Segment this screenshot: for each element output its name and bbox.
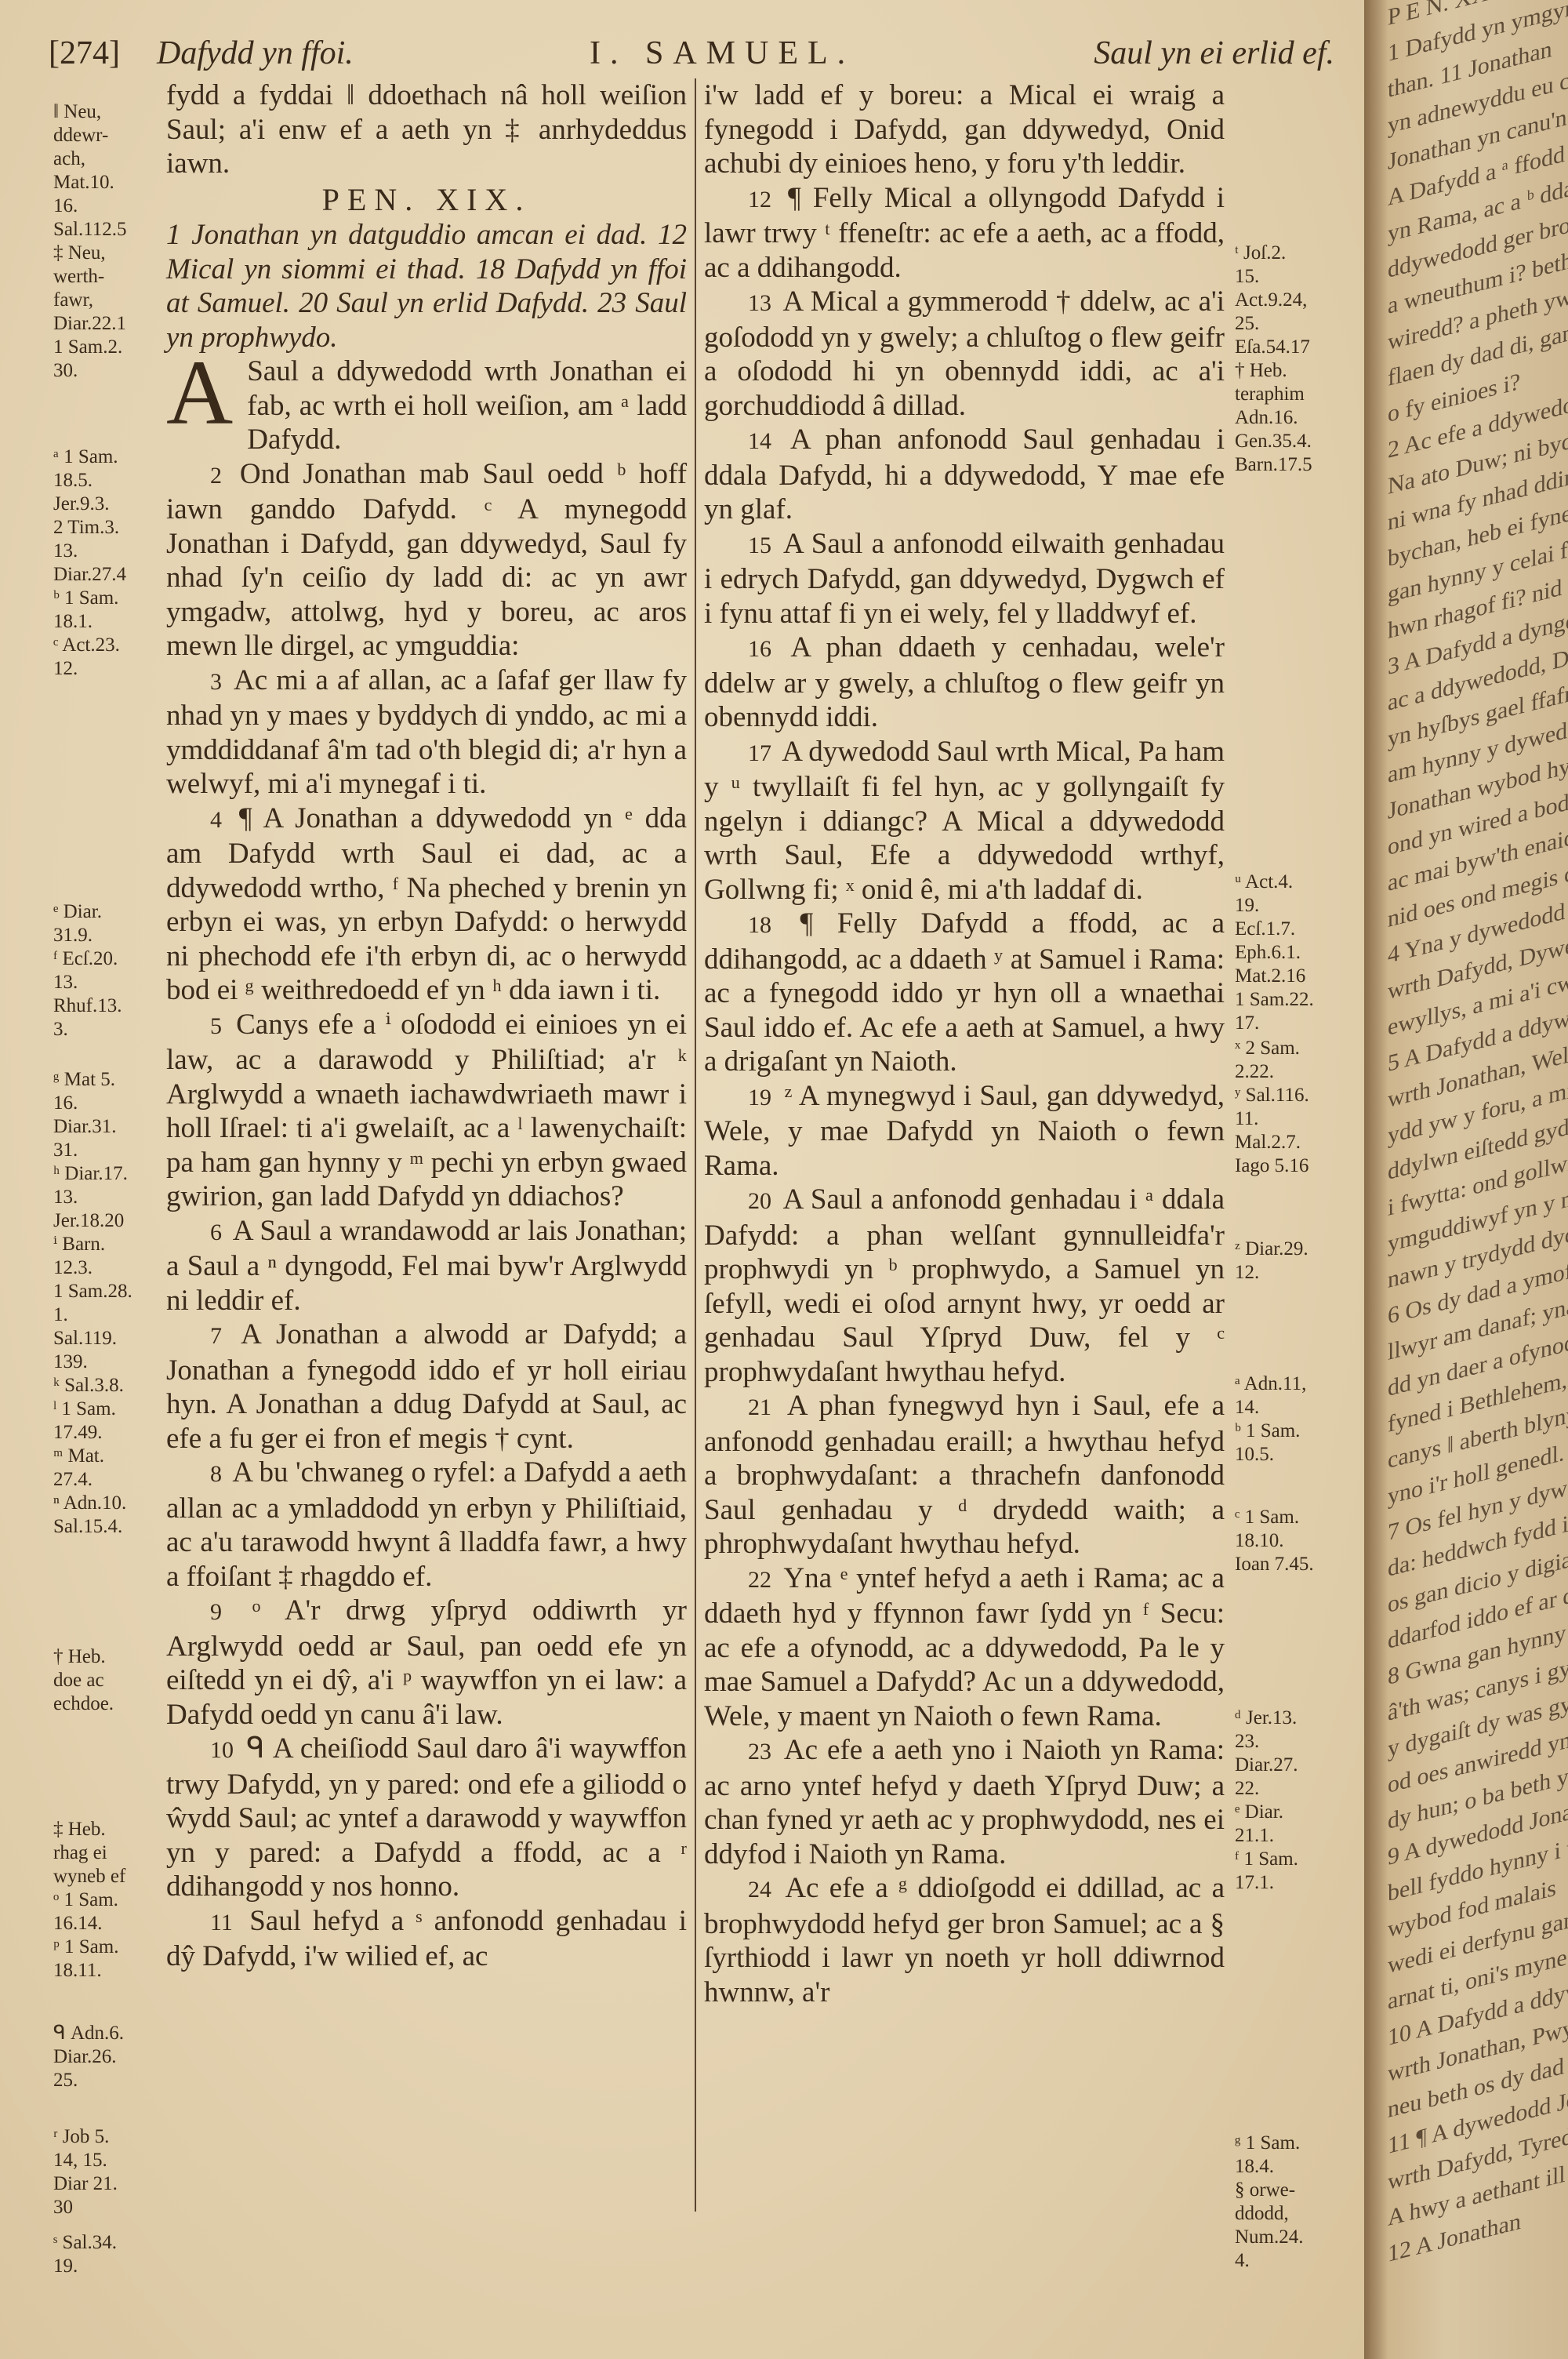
reference-line: ⁿ Adn.10. xyxy=(53,1492,132,1515)
reference-line: 12. xyxy=(53,657,126,681)
marginal-reference: ᶻ Diar.29.12. xyxy=(1235,1238,1308,1285)
reference-line: doe ac xyxy=(53,1669,114,1692)
reference-line: Sal.112.5 xyxy=(53,218,127,242)
reference-line: Jer.18.20 xyxy=(53,1209,132,1233)
reference-line: 1. xyxy=(53,1303,132,1327)
reference-line: 16. xyxy=(53,1092,132,1115)
reference-line: ᶜ 1 Sam. xyxy=(1235,1506,1314,1529)
reference-line: ʳ Job 5. xyxy=(53,2125,118,2149)
reference-line: ᵘ Act.4. xyxy=(1235,871,1314,894)
reference-line: Act.9.24, xyxy=(1235,289,1312,312)
reference-line: Diar.27.4 xyxy=(53,563,126,587)
reference-line: 14. xyxy=(1235,1396,1306,1419)
verse-number: 12 xyxy=(748,187,771,213)
reference-line: ‡ Neu, xyxy=(53,242,126,265)
right-column: i'w ladd ef y boreu: a Mical ei wraig a … xyxy=(704,78,1225,2009)
verse-text: A Jonathan a alwodd ar Dafydd; a Jonatha… xyxy=(166,1318,687,1455)
reference-line: 2.22. xyxy=(1235,1060,1309,1084)
verse-text: ¶ Felly Mical a ollyngodd Dafydd i lawr … xyxy=(704,182,1225,284)
reference-line: Mal.2.7. xyxy=(1235,1131,1309,1154)
reference-line: 18.10. xyxy=(1235,1529,1314,1553)
reference-line: 13. xyxy=(53,971,122,994)
reference-line: ᵃ 1 Sam. xyxy=(53,445,126,469)
verse-15: 15 A Saul a anfonodd eilwaith genhadau i… xyxy=(704,527,1225,631)
reference-line: 16. xyxy=(53,194,127,218)
marginal-reference: ᵍ Mat 5.16.Diar.31.31.ʰ Diar.17.13.Jer.1… xyxy=(53,1068,132,1539)
continuation-text: fydd a fyddai ‖ ddoethach nâ holl weiſio… xyxy=(166,78,687,181)
reference-line: fawr, xyxy=(53,289,126,312)
marginal-reference: ‖ Neu,ddewr-ach,Mat.10.16.Sal.112.5 xyxy=(53,100,127,242)
verse-13: 13 A Mical a gymmerodd † ddelw, ac a'i g… xyxy=(704,285,1225,423)
reference-line: 25. xyxy=(1235,312,1312,336)
left-column: fydd a fyddai ‖ ddoethach nâ holl weiſio… xyxy=(166,78,687,1974)
verse-text: A bu 'chwaneg o ryfel: a Dafydd a aeth a… xyxy=(166,1456,687,1593)
reference-line: 11. xyxy=(1235,1107,1309,1131)
verse-number: 13 xyxy=(748,290,771,316)
reference-line: 30. xyxy=(53,359,126,383)
marginal-reference: ‡ Heb.rhag eiwyneb efᵒ 1 Sam.16.14.ᵖ 1 S… xyxy=(53,1818,125,1983)
reference-line: 2 Tim.3. xyxy=(53,516,126,540)
verse-text: A phan fynegwyd hyn i Saul, efe a anfono… xyxy=(704,1390,1225,1560)
marginal-reference: ˢ Sal.34.19. xyxy=(53,2231,117,2278)
verse-text: A Saul a anfonodd genhadau i ᵃ ddala Daf… xyxy=(704,1183,1225,1388)
verse-text: Ac efe a aeth yno i Naioth yn Rama: ac a… xyxy=(704,1734,1225,1870)
verse-6: 6 A Saul a wrandawodd ar lais Jonathan; … xyxy=(166,1214,687,1318)
book-gutter xyxy=(1364,0,1388,2359)
running-header: [274] Dafydd yn ffoi. I. SAMUEL. Saul yn… xyxy=(49,35,1334,78)
reference-line: ᵃ Adn.11, xyxy=(1235,1372,1306,1396)
verse-text: ᵒ A'r drwg yſpryd oddiwrth yr Arglwydd o… xyxy=(166,1594,687,1731)
verse-text: A phan ddaeth y cenhadau, wele'r ddelw a… xyxy=(704,631,1225,733)
marginal-reference: ˣ 2 Sam.2.22.ʸ Sal.116.11.Mal.2.7.Iago 5… xyxy=(1235,1037,1309,1178)
reference-line: Diar.27. xyxy=(1235,1754,1298,1777)
chapter-summary: 1 Jonathan yn datguddio amcan ei dad. 12… xyxy=(166,218,687,354)
reference-line: ddodd, xyxy=(1235,2202,1304,2226)
reference-line: 18.1. xyxy=(53,610,126,634)
reference-line: ᵒ 1 Sam. xyxy=(53,1888,125,1912)
verse-number: 18 xyxy=(748,912,771,938)
reference-line: 1 Sam.28. xyxy=(53,1280,132,1303)
marginal-reference: ᶜ 1 Sam.18.10.Ioan 7.45. xyxy=(1235,1506,1314,1576)
reference-line: Sal.119. xyxy=(53,1327,132,1350)
verse-3: 3 Ac mi a af allan, ac a ſafaf ger llaw … xyxy=(166,663,687,801)
verse-number: 15 xyxy=(748,533,771,558)
marginal-reference: ᵉ Diar.31.9.ᶠ Ecſ.20.13.Rhuf.13.3. xyxy=(53,900,122,1041)
reference-line: 3. xyxy=(53,1018,122,1041)
reference-line: Jer.9.3. xyxy=(53,493,126,516)
reference-line: 12. xyxy=(1235,1261,1308,1285)
verse-text: A phan anfonodd Saul genhadau i ddala Da… xyxy=(704,423,1225,525)
reference-line: Mat.2.16 xyxy=(1235,965,1314,988)
column-divider xyxy=(695,78,696,2212)
reference-line: Mat.10. xyxy=(53,171,127,194)
verse-number: 20 xyxy=(748,1188,771,1214)
reference-line: ᶠ Ecſ.20. xyxy=(53,947,122,971)
drop-cap: A xyxy=(166,359,233,427)
verse-4: 4 ¶ A Jonathan a ddywedodd yn ᵉ dda am D… xyxy=(166,801,687,1008)
verse-text: ¶ A Jonathan a ddywedodd yn ᵉ dda am Daf… xyxy=(166,802,687,1007)
verse-text: Saul a ddywedodd wrth Jonathan ei fab, a… xyxy=(166,354,687,457)
chapter-heading: PEN. XIX. xyxy=(166,183,687,217)
verse-text: Saul hefyd a ˢ anfonodd genhadau i dŷ Da… xyxy=(166,1905,687,1973)
reference-line: ‖ Neu, xyxy=(53,100,127,124)
verse-19: 19 ᶻ A mynegwyd i Saul, gan ddywedyd, We… xyxy=(704,1079,1225,1183)
verse-5: 5 Canys efe a ⁱ oſododd ei einioes yn ei… xyxy=(166,1008,687,1214)
reference-line: ddewr- xyxy=(53,124,127,147)
verse-number: 7 xyxy=(210,1323,222,1349)
marginal-reference: ᑫ Adn.6.Diar.26.25. xyxy=(53,2022,124,2092)
reference-line: 21.1. xyxy=(1235,1824,1298,1848)
verse-text: Ond Jonathan mab Saul oedd ᵇ hoff iawn g… xyxy=(166,458,687,663)
reference-line: ᵉ Diar. xyxy=(53,900,122,924)
reference-line: 15. xyxy=(1235,265,1312,289)
verse-7: 7 A Jonathan a alwodd ar Dafydd; a Jonat… xyxy=(166,1318,687,1456)
reference-line: 17. xyxy=(1235,1012,1314,1035)
reference-line: 19. xyxy=(53,2255,117,2278)
reference-line: ᶜ Act.23. xyxy=(53,634,126,657)
reference-line: Sal.15.4. xyxy=(53,1515,132,1539)
verse-number: 17 xyxy=(748,740,771,766)
reference-line: ᵖ 1 Sam. xyxy=(53,1936,125,1959)
reference-line: ᵍ 1 Sam. xyxy=(1235,2132,1304,2155)
marginal-reference: ᵗ Joſ.2.15.Act.9.24,25.Eſa.54.17† Heb.te… xyxy=(1235,242,1312,477)
reference-line: ˡ 1 Sam. xyxy=(53,1398,132,1421)
reference-line: ach, xyxy=(53,147,127,171)
verse-11: 11 Saul hefyd a ˢ anfonodd genhadau i dŷ… xyxy=(166,1904,687,1974)
reference-line: 4. xyxy=(1235,2249,1304,2273)
marginal-reference: † Heb.doe acechdoe. xyxy=(53,1645,114,1716)
reference-line: Rhuf.13. xyxy=(53,994,122,1018)
verse-22: 22 Yna ᵉ yntef hefyd a aeth i Rama; ac a… xyxy=(704,1561,1225,1734)
reference-line: Num.24. xyxy=(1235,2226,1304,2249)
verse-text: ᑫ A cheiſiodd Saul daro â'i waywffon trw… xyxy=(166,1732,687,1903)
verse-text: Ac mi a af allan, ac a ſafaf ger llaw fy… xyxy=(166,664,687,801)
marginal-reference: ʳ Job 5.14, 15.Diar 21.30 xyxy=(53,2125,118,2219)
reference-line: ᵇ 1 Sam. xyxy=(1235,1419,1306,1443)
reference-line: 31.9. xyxy=(53,924,122,947)
verse-23: 23 Ac efe a aeth yno i Naioth yn Rama: a… xyxy=(704,1733,1225,1871)
reference-line: Diar.22.1 xyxy=(53,312,126,336)
verse-text: ᶻ A mynegwyd i Saul, gan ddywedyd, Wele,… xyxy=(704,1080,1225,1182)
verse-number: 2 xyxy=(210,463,222,489)
reference-line: 16.14. xyxy=(53,1912,125,1936)
reference-line: † Heb. xyxy=(1235,359,1312,383)
reference-line: 18.5. xyxy=(53,469,126,493)
reference-line: 1 Sam.22. xyxy=(1235,988,1314,1012)
verse-24: 24 Ac efe a ᵍ ddioſgodd ei ddillad, ac a… xyxy=(704,1871,1225,2009)
reference-line: 19. xyxy=(1235,894,1314,918)
reference-line: 13. xyxy=(53,1186,132,1209)
reference-line: ᑫ Adn.6. xyxy=(53,2022,124,2045)
reference-line: Iago 5.16 xyxy=(1235,1154,1309,1178)
reference-line: Diar.31. xyxy=(53,1115,132,1139)
reference-line: wyneb ef xyxy=(53,1865,125,1888)
reference-line: 14, 15. xyxy=(53,2149,118,2172)
verse-21: 21 A phan fynegwyd hyn i Saul, efe a anf… xyxy=(704,1389,1225,1561)
verse-1: A Saul a ddywedodd wrth Jonathan ei fab,… xyxy=(166,354,687,457)
reference-line: ᵇ 1 Sam. xyxy=(53,587,126,610)
verse-18: 18 ¶ Felly Dafydd a ffodd, ac a ddihango… xyxy=(704,907,1225,1079)
verse-9: 9 ᵒ A'r drwg yſpryd oddiwrth yr Arglwydd… xyxy=(166,1594,687,1732)
facing-page: P E N. XX.1 Dafydd yn ymgynghori â Jona-… xyxy=(1364,0,1568,2359)
verse-16: 16 A phan ddaeth y cenhadau, wele'r ddel… xyxy=(704,631,1225,735)
reference-line: ᵗ Joſ.2. xyxy=(1235,242,1312,265)
reference-line: 27.4. xyxy=(53,1468,132,1492)
reference-line: ᵉ Diar. xyxy=(1235,1801,1298,1824)
reference-line: Eph.6.1. xyxy=(1235,941,1314,965)
verse-20: 20 A Saul a anfonodd genhadau i ᵃ ddala … xyxy=(704,1183,1225,1389)
verse-number: 4 xyxy=(210,807,222,833)
reference-line: Barn.17.5 xyxy=(1235,453,1312,477)
book-title: I. SAMUEL. xyxy=(590,35,855,72)
verse-text: ¶ Felly Dafydd a ffodd, ac a ddihangodd,… xyxy=(704,907,1225,1078)
reference-line: teraphim xyxy=(1235,383,1312,406)
marginal-reference: ᵈ Jer.13.23.Diar.27.22.ᵉ Diar.21.1.ᶠ 1 S… xyxy=(1235,1707,1298,1895)
reference-line: Eſa.54.17 xyxy=(1235,336,1312,359)
reference-line: Ecſ.1.7. xyxy=(1235,918,1314,941)
facing-page-text: P E N. XX.1 Dafydd yn ymgynghori â Jona-… xyxy=(1388,0,1568,2273)
reference-line: ʰ Diar.17. xyxy=(53,1162,132,1186)
reference-line: echdoe. xyxy=(53,1692,114,1716)
reference-line: ᶠ 1 Sam. xyxy=(1235,1848,1298,1871)
left-running-title: Dafydd yn ffoi. xyxy=(157,35,354,72)
reference-line: ˣ 2 Sam. xyxy=(1235,1037,1309,1060)
reference-line: Diar 21. xyxy=(53,2172,118,2196)
verse-number: 11 xyxy=(210,1910,233,1936)
reference-line: § orwe- xyxy=(1235,2179,1304,2202)
verse-number: 22 xyxy=(748,1567,771,1593)
reference-line: ˢ Sal.34. xyxy=(53,2231,117,2255)
reference-line: werth- xyxy=(53,265,126,289)
verse-text: A Saul a anfonodd eilwaith genhadau i ed… xyxy=(704,528,1225,630)
reference-line: 18.11. xyxy=(53,1959,125,1983)
reference-line: ʸ Sal.116. xyxy=(1235,1084,1309,1107)
verse-number: 21 xyxy=(748,1394,771,1420)
verse-17: 17 A dywedodd Saul wrth Mical, Pa ham y … xyxy=(704,735,1225,907)
reference-line: 1 Sam.2. xyxy=(53,336,126,359)
reference-line: 23. xyxy=(1235,1730,1298,1754)
verse-number: 6 xyxy=(210,1219,222,1245)
reference-line: 31. xyxy=(53,1139,132,1162)
verse-text: A Mical a gymmerodd † ddelw, ac a'i goſo… xyxy=(704,285,1225,422)
verse-number: 3 xyxy=(210,669,222,695)
marginal-reference: ᵃ Adn.11,14.ᵇ 1 Sam.10.5. xyxy=(1235,1372,1306,1467)
page-number: [274] xyxy=(49,35,120,72)
reference-line: 139. xyxy=(53,1350,132,1374)
verse-number: 10 xyxy=(210,1737,234,1763)
right-running-title: Saul yn ei erlid ef. xyxy=(1094,35,1334,72)
reference-line: rhag ei xyxy=(53,1841,125,1865)
verse-number: 23 xyxy=(748,1739,771,1765)
reference-line: 10.5. xyxy=(1235,1443,1306,1467)
reference-line: Ioan 7.45. xyxy=(1235,1553,1314,1576)
verse-14: 14 A phan anfonodd Saul genhadau i ddala… xyxy=(704,423,1225,527)
reference-line: 18.4. xyxy=(1235,2155,1304,2179)
verse-text: Ac efe a ᵍ ddioſgodd ei ddillad, ac a br… xyxy=(704,1872,1225,2008)
reference-line: ᵍ Mat 5. xyxy=(53,1068,132,1092)
marginal-reference: ‡ Neu,werth-fawr,Diar.22.11 Sam.2.30. xyxy=(53,242,126,383)
reference-line: Gen.35.4. xyxy=(1235,430,1312,453)
reference-line: † Heb. xyxy=(53,1645,114,1669)
verse-number: 14 xyxy=(748,428,771,454)
book-page: [274] Dafydd yn ffoi. I. SAMUEL. Saul yn… xyxy=(0,0,1364,2359)
reference-line: 25. xyxy=(53,2069,124,2092)
verse-text: A dywedodd Saul wrth Mical, Pa ham y ᵘ t… xyxy=(704,736,1225,906)
reference-line: 13. xyxy=(53,540,126,563)
reference-line: Diar.26. xyxy=(53,2045,124,2069)
verse-2: 2 Ond Jonathan mab Saul oedd ᵇ hoff iawn… xyxy=(166,457,687,663)
reference-line: ᵐ Mat. xyxy=(53,1445,132,1468)
reference-line: 12.3. xyxy=(53,1256,132,1280)
reference-line: Adn.16. xyxy=(1235,406,1312,430)
marginal-reference: ᵍ 1 Sam.18.4.§ orwe-ddodd,Num.24.4. xyxy=(1235,2132,1304,2273)
verse-number: 24 xyxy=(748,1877,771,1903)
verse-number: 9 xyxy=(210,1599,222,1625)
continuation-text: i'w ladd ef y boreu: a Mical ei wraig a … xyxy=(704,78,1225,181)
verse-number: 16 xyxy=(748,636,771,662)
reference-line: ᵏ Sal.3.8. xyxy=(53,1374,132,1398)
reference-line: 17.49. xyxy=(53,1421,132,1445)
verse-10: 10 ᑫ A cheiſiodd Saul daro â'i waywffon … xyxy=(166,1732,687,1904)
verse-number: 5 xyxy=(210,1013,222,1039)
reference-line: ᶻ Diar.29. xyxy=(1235,1238,1308,1261)
reference-line: 30 xyxy=(53,2196,118,2219)
reference-line: ⁱ Barn. xyxy=(53,1233,132,1256)
verse-text: A Saul a wrandawodd ar lais Jonathan; a … xyxy=(166,1215,687,1317)
verse-number: 8 xyxy=(210,1461,222,1487)
marginal-reference: ᵃ 1 Sam.18.5.Jer.9.3.2 Tim.3.13.Diar.27.… xyxy=(53,445,126,681)
verse-12: 12 ¶ Felly Mical a ollyngodd Dafydd i la… xyxy=(704,181,1225,285)
reference-line: 22. xyxy=(1235,1777,1298,1801)
reference-line: 17.1. xyxy=(1235,1871,1298,1895)
marginal-reference: ᵘ Act.4.19.Ecſ.1.7.Eph.6.1.Mat.2.161 Sam… xyxy=(1235,871,1314,1035)
reference-line: ‡ Heb. xyxy=(53,1818,125,1841)
reference-line: ᵈ Jer.13. xyxy=(1235,1707,1298,1730)
verse-number: 19 xyxy=(748,1085,771,1110)
verse-text: Yna ᵉ yntef hefyd a aeth i Rama; ac a dd… xyxy=(704,1562,1225,1732)
verse-8: 8 A bu 'chwaneg o ryfel: a Dafydd a aeth… xyxy=(166,1456,687,1594)
verse-text: Canys efe a ⁱ oſododd ei einioes yn ei l… xyxy=(166,1009,687,1213)
